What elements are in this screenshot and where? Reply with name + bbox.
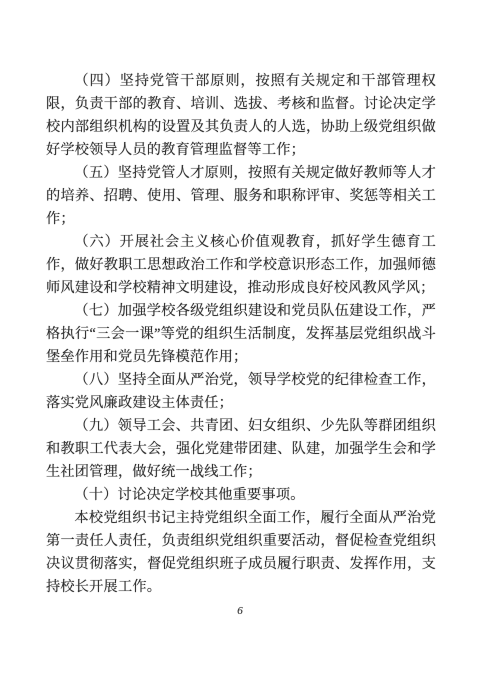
paragraph-clause-7: （七）加强学校各级党组织建设和党员队伍建设工作，严格执行“三会一课”等党的组织生…: [46, 300, 436, 369]
paragraph-clause-5: （五）坚持党管人才原则，按照有关规定做好教师等人才的培养、招聘、使用、管理、服务…: [46, 162, 436, 231]
paragraph-clause-9: （九）领导工会、共青团、妇女组织、少先队等群团组织和教职工代表大会，强化党建带团…: [46, 415, 436, 484]
paragraph-clause-10: （十）讨论决定学校其他重要事项。: [46, 484, 436, 507]
document-body: （四）坚持党管干部原则，按照有关规定和干部管理权限，负责干部的教育、培训、选拔、…: [46, 70, 436, 599]
page-number: 6: [0, 605, 480, 617]
paragraph-clause-4: （四）坚持党管干部原则，按照有关规定和干部管理权限，负责干部的教育、培训、选拔、…: [46, 70, 436, 162]
paragraph-clause-6: （六）开展社会主义核心价值观教育，抓好学生德育工作，做好教职工思想政治工作和学校…: [46, 231, 436, 300]
paragraph-clause-8: （八）坚持全面从严治党，领导学校党的纪律检查工作，落实党风廉政建设主体责任；: [46, 369, 436, 415]
document-page: （四）坚持党管干部原则，按照有关规定和干部管理权限，负责干部的教育、培训、选拔、…: [0, 0, 480, 679]
paragraph-closing: 本校党组织书记主持党组织全面工作，履行全面从严治党第一责任人责任，负责组织党组织…: [46, 507, 436, 599]
